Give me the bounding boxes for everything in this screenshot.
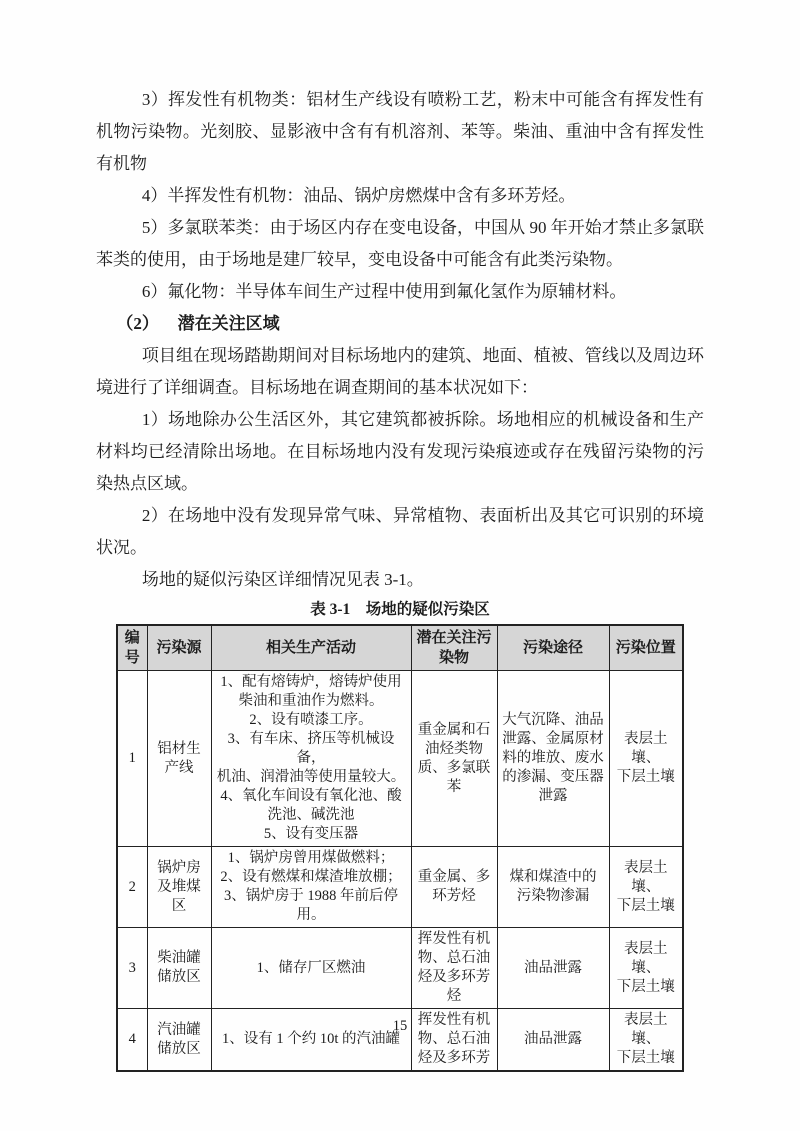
body-paragraph: 场地的疑似污染区详细情况见表 3-1。 — [96, 564, 704, 596]
cell-no: 1 — [117, 671, 147, 847]
cell-location: 表层土壤、 下层土壤 — [609, 928, 683, 1009]
cell-activities: 1、储存厂区燃油 — [211, 928, 411, 1009]
cell-no: 2 — [117, 847, 147, 928]
body-paragraph: 1）场地除办公生活区外，其它建筑都被拆除。场地相应的机械设备和生产材料均已经清除… — [96, 404, 704, 500]
column-header-pathway: 污染途径 — [497, 625, 609, 671]
body-paragraph: 6）氟化物：半导体车间生产过程中使用到氟化氢作为原辅材料。 — [96, 276, 704, 308]
cell-location: 表层土壤、 下层土壤 — [609, 847, 683, 928]
cell-pollutants: 重金属和石 油烃类物 质、多氯联 苯 — [411, 671, 497, 847]
column-header-activities: 相关生产活动 — [211, 625, 411, 671]
cell-no: 3 — [117, 928, 147, 1009]
cell-pathway: 煤和煤渣中的 污染物渗漏 — [497, 847, 609, 928]
cell-source: 锅炉房 及堆煤 区 — [147, 847, 211, 928]
body-paragraph: 5）多氯联苯类：由于场区内存在变电设备，中国从 90 年开始才禁止多氯联苯类的使… — [96, 212, 704, 276]
column-header-no: 编号 — [117, 625, 147, 671]
table-row: 2 锅炉房 及堆煤 区 1、锅炉房曾用煤做燃料； 2、设有燃煤和煤渣堆放棚； 3… — [117, 847, 683, 928]
body-paragraph: 3）挥发性有机物类：铝材生产线设有喷粉工艺，粉末中可能含有挥发性有机物污染物。光… — [96, 84, 704, 180]
cell-source: 柴油罐 储放区 — [147, 928, 211, 1009]
document-page: 3）挥发性有机物类：铝材生产线设有喷粉工艺，粉末中可能含有挥发性有机物污染物。光… — [0, 0, 800, 1131]
body-paragraph: 2）在场地中没有发现异常气味、异常植物、表面析出及其它可识别的环境状况。 — [96, 500, 704, 564]
column-header-location: 污染位置 — [609, 625, 683, 671]
cell-pathway: 油品泄露 — [497, 928, 609, 1009]
section-heading: （2）潜在关注区域 — [96, 308, 704, 340]
table-row: 1 铝材生 产线 1、配有熔铸炉，熔铸炉使用 柴油和重油作为燃料。 2、设有喷漆… — [117, 671, 683, 847]
section-heading-title: 潜在关注区域 — [178, 314, 280, 333]
table-row: 3 柴油罐 储放区 1、储存厂区燃油 挥发性有机 物、总石油 烃及多环芳 烃 油… — [117, 928, 683, 1009]
page-content: 3）挥发性有机物类：铝材生产线设有喷粉工艺，粉末中可能含有挥发性有机物污染物。光… — [96, 84, 704, 1072]
body-paragraph: 项目组在现场踏勘期间对目标场地内的建筑、地面、植被、管线以及周边环境进行了详细调… — [96, 340, 704, 404]
body-paragraph: 4）半挥发性有机物：油品、锅炉房燃煤中含有多环芳烃。 — [96, 180, 704, 212]
table-title: 表 3-1 场地的疑似污染区 — [96, 599, 704, 621]
suspected-pollution-areas-table: 编号 污染源 相关生产活动 潜在关注污染物 污染途径 污染位置 1 铝材生 产线… — [116, 624, 684, 1072]
cell-pollutants: 重金属、多 环芳烃 — [411, 847, 497, 928]
section-heading-number: （2） — [116, 314, 159, 333]
cell-pathway: 大气沉降、油品 泄露、金属原材 料的堆放、废水 的渗漏、变压器 泄露 — [497, 671, 609, 847]
cell-pollutants: 挥发性有机 物、总石油 烃及多环芳 烃 — [411, 928, 497, 1009]
cell-source: 铝材生 产线 — [147, 671, 211, 847]
table-header-row: 编号 污染源 相关生产活动 潜在关注污染物 污染途径 污染位置 — [117, 625, 683, 671]
column-header-pollutants: 潜在关注污染物 — [411, 625, 497, 671]
page-number: 15 — [0, 1018, 800, 1035]
cell-activities: 1、锅炉房曾用煤做燃料； 2、设有燃煤和煤渣堆放棚； 3、锅炉房于 1988 年… — [211, 847, 411, 928]
column-header-source: 污染源 — [147, 625, 211, 671]
cell-activities: 1、配有熔铸炉，熔铸炉使用 柴油和重油作为燃料。 2、设有喷漆工序。 3、有车床… — [211, 671, 411, 847]
cell-location: 表层土壤、 下层土壤 — [609, 671, 683, 847]
